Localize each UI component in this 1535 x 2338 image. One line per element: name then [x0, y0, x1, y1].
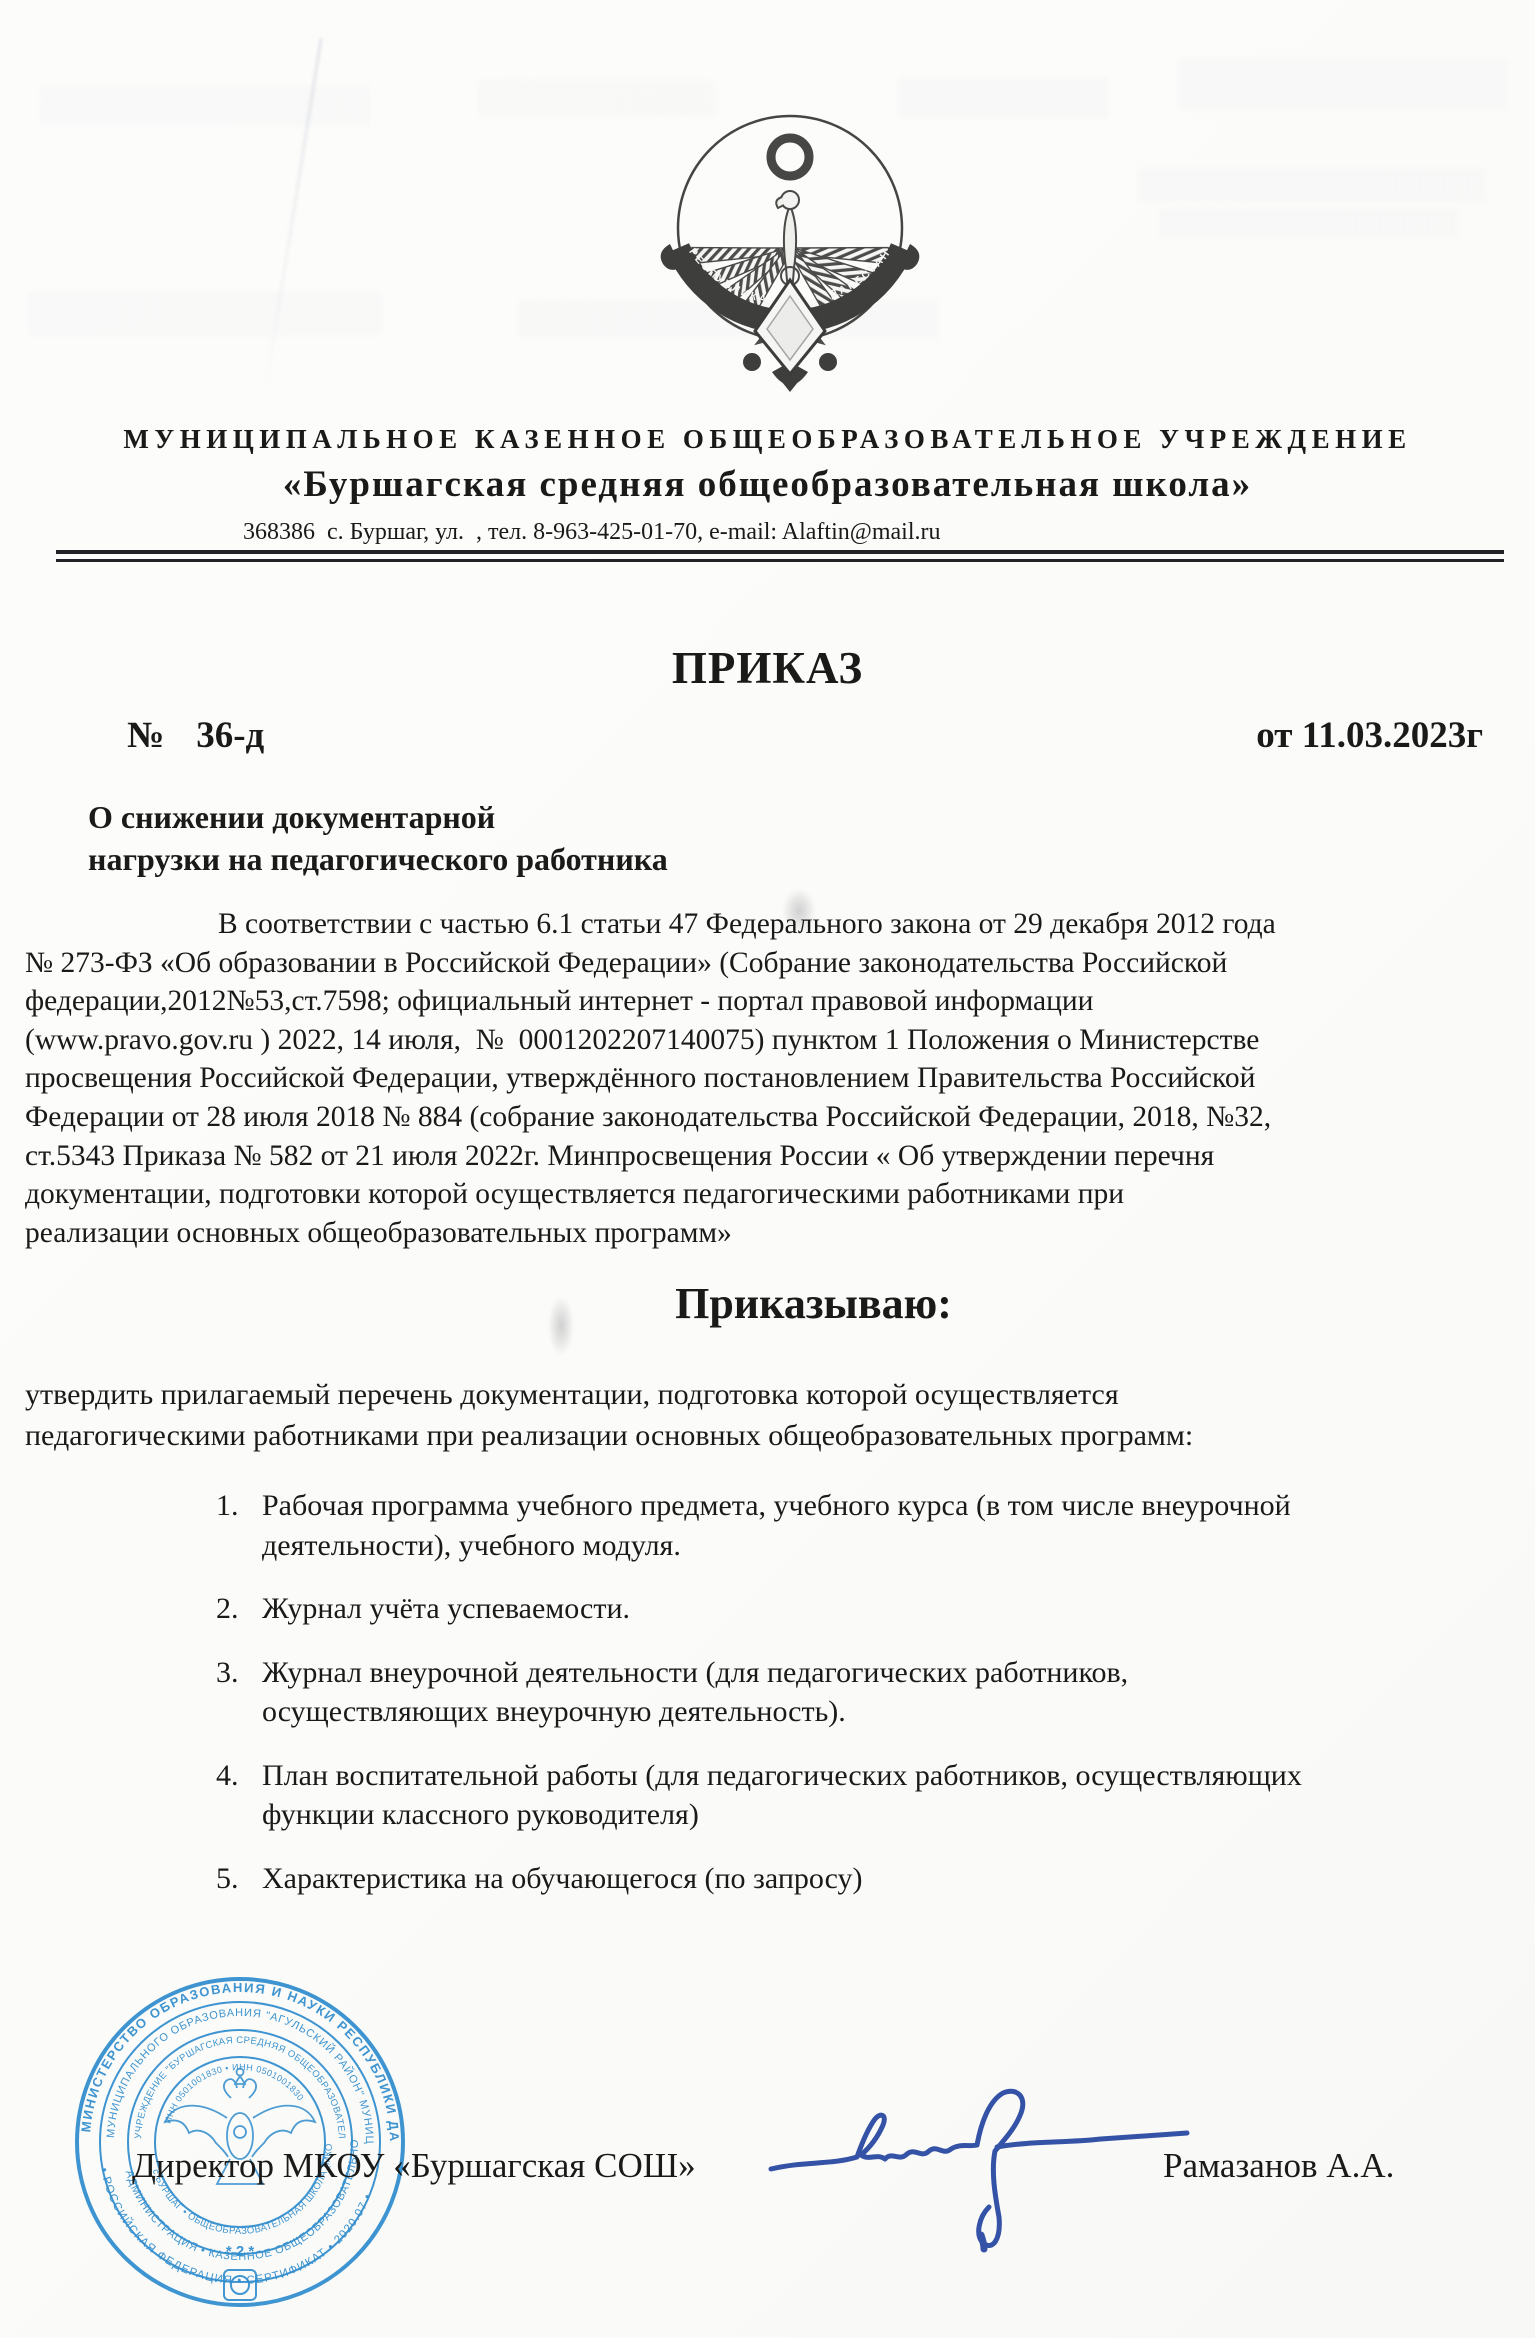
scan-artifact: [1180, 58, 1510, 110]
decree-intro-line: утвердить прилагаемый перечень документа…: [25, 1374, 1520, 1415]
signature-name: Рамазанов А.А.: [1163, 2146, 1394, 2186]
director-signature: [765, 2085, 1205, 2335]
decree-intro-line: педагогическими работниками при реализац…: [25, 1415, 1520, 1456]
preamble-line: просвещения Российской Федерации, утверж…: [25, 1059, 1515, 1098]
order-item-line: деятельности), учебного модуля.: [262, 1526, 1291, 1566]
order-item-text: Характеристика на обучающегося (по запро…: [262, 1859, 863, 1899]
order-list: 1. Рабочая программа учебного предмета, …: [216, 1486, 1506, 1922]
order-item-number: 1.: [216, 1486, 262, 1565]
order-item-text: Рабочая программа учебного предмета, уче…: [262, 1486, 1291, 1565]
order-item-number: 2.: [216, 1589, 262, 1629]
dagestan-emblem: РЕСПУБЛИКА ДАГЕСТАН: [640, 100, 940, 405]
org-name: «Буршагская средняя общеобразовательная …: [0, 463, 1535, 506]
order-item-number: 4.: [216, 1756, 262, 1835]
scanned-order-document: РЕСПУБЛИКА ДАГЕСТАН МУНИЦИПАЛЬНОЕ КАЗЕНН…: [0, 0, 1535, 2338]
preamble-line: Федерации от 28 июля 2018 № 884 (собрани…: [25, 1098, 1515, 1137]
decree-intro: утвердить прилагаемый перечень документа…: [25, 1374, 1520, 1456]
scan-artifact: [30, 292, 380, 336]
preamble-line: (www.pravo.gov.ru ) 2022, 14 июля, № 000…: [25, 1021, 1515, 1060]
order-item: 3. Журнал внеурочной деятельности (для п…: [216, 1653, 1506, 1732]
preamble-line: реализации основных общеобразовательных …: [25, 1214, 1515, 1253]
order-item-text: Журнал учёта успеваемости.: [262, 1589, 630, 1629]
subject-line: О снижении документарной: [88, 796, 668, 838]
order-item: 4. План воспитательной работы (для педаг…: [216, 1756, 1506, 1835]
preamble-line: В соответствии с частью 6.1 статьи 47 Фе…: [25, 905, 1515, 944]
order-item-line: План воспитательной работы (для педагоги…: [262, 1756, 1302, 1796]
order-subject: О снижении документарнойнагрузки на педа…: [88, 796, 668, 880]
scan-artifact: [42, 86, 372, 126]
order-number-label: №: [127, 715, 164, 756]
order-item-text: План воспитательной работы (для педагоги…: [262, 1756, 1302, 1835]
preamble-line: № 273-ФЗ «Об образовании в Российской Фе…: [25, 944, 1515, 983]
order-item-line: Журнал учёта успеваемости.: [262, 1589, 630, 1629]
order-item-line: Рабочая программа учебного предмета, уче…: [262, 1486, 1291, 1526]
order-item-line: Характеристика на обучающегося (по запро…: [262, 1859, 863, 1899]
scan-artifact: [1140, 168, 1485, 202]
order-item-number: 5.: [216, 1859, 262, 1899]
stamp-center-number: * 2 *: [226, 2243, 255, 2260]
order-item-text: Журнал внеурочной деятельности (для педа…: [262, 1653, 1128, 1732]
preamble-line: ст.5343 Приказа № 582 от 21 июля 2022г. …: [25, 1137, 1515, 1176]
org-type: МУНИЦИПАЛЬНОЕ КАЗЕННОЕ ОБЩЕОБРАЗОВАТЕЛЬН…: [0, 424, 1535, 455]
order-number: №36-д: [127, 714, 264, 757]
subject-line: нагрузки на педагогического работника: [88, 838, 668, 880]
order-title: ПРИКАЗ: [0, 642, 1535, 694]
org-contacts: 368386 с. Буршаг, ул. , тел. 8-963-425-0…: [243, 519, 941, 546]
order-item-line: осуществляющих внеурочную деятельность).: [262, 1692, 1128, 1732]
scan-artifact: [1160, 208, 1460, 238]
order-item-line: Журнал внеурочной деятельности (для педа…: [262, 1653, 1128, 1693]
order-item-line: функции классного руководителя): [262, 1795, 1302, 1835]
header-divider: [56, 550, 1504, 562]
order-date: от 11.03.2023г: [1256, 714, 1483, 757]
preamble-line: федерации,2012№53,ст.7598; официальный и…: [25, 982, 1515, 1021]
order-preamble: В соответствии с частью 6.1 статьи 47 Фе…: [25, 905, 1515, 1252]
order-item: 5. Характеристика на обучающегося (по за…: [216, 1859, 1506, 1899]
preamble-line: документации, подготовки которой осущест…: [25, 1175, 1515, 1214]
emblem-sun: [771, 138, 809, 176]
order-item-number: 3.: [216, 1653, 262, 1732]
order-number-value: 36-д: [196, 715, 264, 756]
order-item: 1. Рабочая программа учебного предмета, …: [216, 1486, 1506, 1565]
decree-heading: Приказываю:: [0, 1278, 1535, 1329]
signature-label: Директор МКОУ «Буршагская СОШ»: [132, 2146, 696, 2186]
school-stamp: МИНИСТЕРСТВО ОБРАЗОВАНИЯ И НАУКИ РЕСПУБЛ…: [70, 1950, 412, 2338]
order-item: 2. Журнал учёта успеваемости.: [216, 1589, 1506, 1629]
